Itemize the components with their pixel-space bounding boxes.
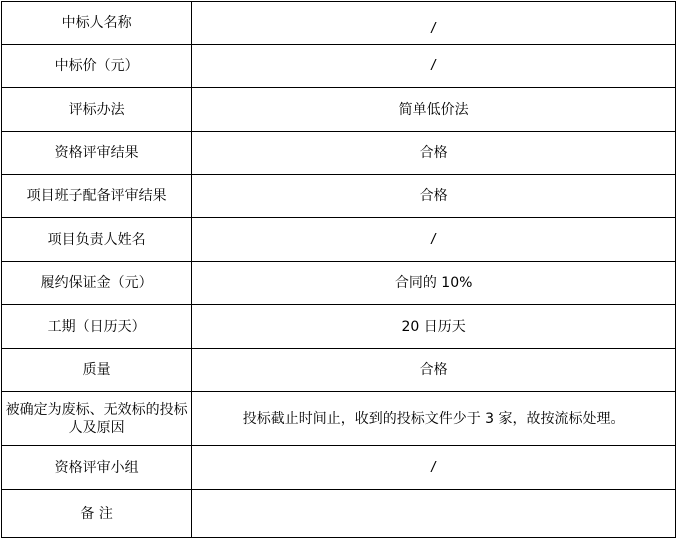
row-label: 项目负责人姓名 [2, 218, 192, 262]
row-label: 资格评审结果 [2, 132, 192, 175]
table-row-quality: 质量 合格 [2, 349, 676, 392]
row-value: 简单低价法 [192, 88, 676, 132]
row-label: 评标办法 [2, 88, 192, 132]
table-row-evaluation-method: 评标办法 简单低价法 [2, 88, 676, 132]
row-value: / [192, 2, 676, 45]
table-row-project-manager: 项目负责人姓名 / [2, 218, 676, 262]
table-row-winning-price: 中标价（元） / [2, 45, 676, 88]
table-row-performance-bond: 履约保证金（元） 合同的 10% [2, 262, 676, 305]
row-label: 中标价（元） [2, 45, 192, 88]
row-value [192, 490, 676, 538]
table-row-construction-period: 工期（日历天） 20 日历天 [2, 305, 676, 349]
row-value: 合格 [192, 349, 676, 392]
row-label: 项目班子配备评审结果 [2, 175, 192, 218]
table-row-invalid-bids: 被确定为废标、无效标的投标人及原因 投标截止时间止，收到的投标文件少于 3 家，… [2, 392, 676, 446]
table-row-qualification-result: 资格评审结果 合格 [2, 132, 676, 175]
row-value: / [192, 45, 676, 88]
row-value: 20 日历天 [192, 305, 676, 349]
table-row-remarks: 备 注 [2, 490, 676, 538]
bid-result-table: 中标人名称 / 中标价（元） / 评标办法 简单低价法 资格评审结果 合格 项目… [1, 1, 676, 538]
table-row-team-review-result: 项目班子配备评审结果 合格 [2, 175, 676, 218]
row-label: 质量 [2, 349, 192, 392]
row-label: 中标人名称 [2, 2, 192, 45]
row-label: 资格评审小组 [2, 446, 192, 490]
row-value: 投标截止时间止，收到的投标文件少于 3 家，故按流标处理。 [192, 392, 676, 446]
row-value: 合同的 10% [192, 262, 676, 305]
row-value: 合格 [192, 175, 676, 218]
row-value: 合格 [192, 132, 676, 175]
table-row-winner-name: 中标人名称 / [2, 2, 676, 45]
row-value: / [192, 446, 676, 490]
table-row-review-panel: 资格评审小组 / [2, 446, 676, 490]
row-label: 工期（日历天） [2, 305, 192, 349]
row-label: 备 注 [2, 490, 192, 538]
row-label: 被确定为废标、无效标的投标人及原因 [2, 392, 192, 446]
row-value: / [192, 218, 676, 262]
row-label: 履约保证金（元） [2, 262, 192, 305]
